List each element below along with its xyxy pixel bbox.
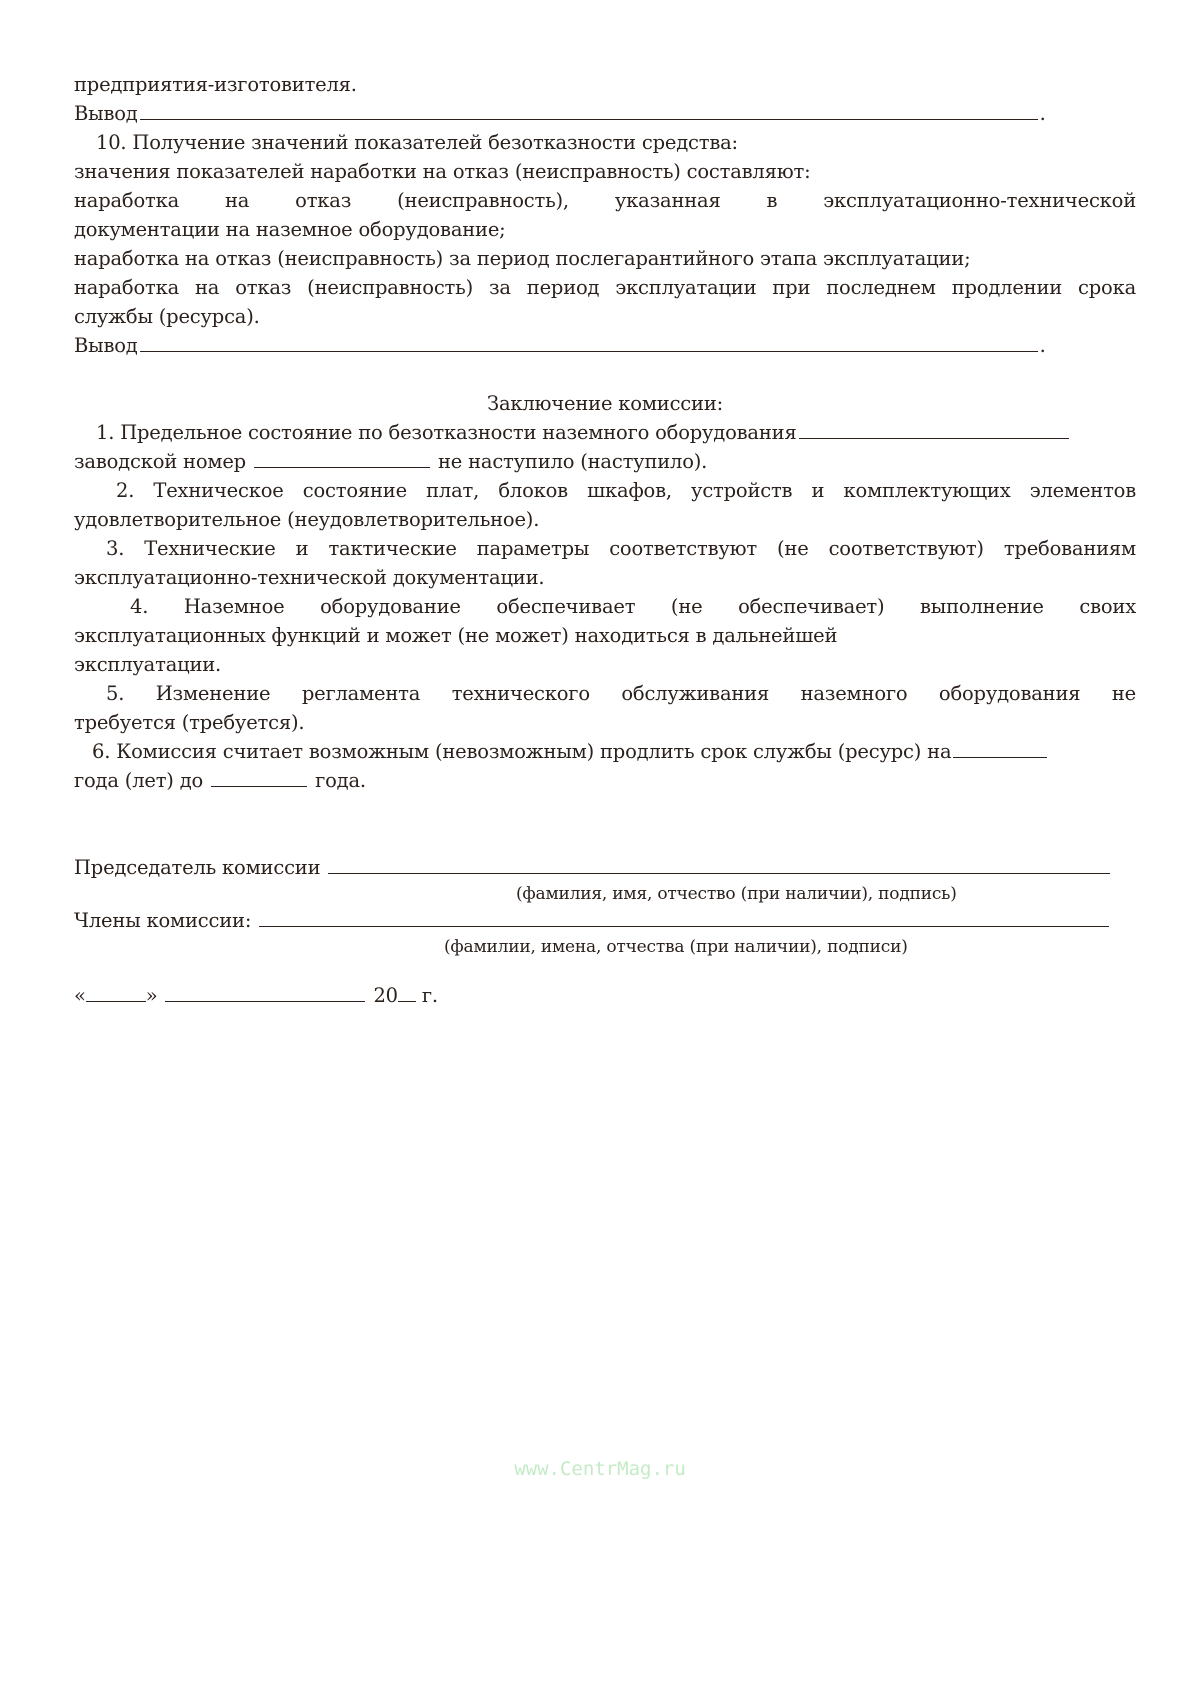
- commission-p3b: эксплуатационно-технической документации…: [74, 563, 1136, 592]
- document-page: предприятия-изготовителя. Вывод. 10. Пол…: [74, 70, 1136, 1010]
- chairman-note: (фамилия, имя, отчество (при наличии), п…: [74, 882, 1136, 906]
- chairman-signature-field[interactable]: [328, 854, 1110, 874]
- commission-p6a: 6. Комиссия считает возможным (невозможн…: [74, 737, 1136, 766]
- conclusion-label: Вывод: [74, 102, 138, 125]
- conclusion-line-2: Вывод.: [74, 331, 1136, 360]
- commission-p1b: заводской номер не наступило (наступило)…: [74, 447, 1136, 476]
- watermark: www.CentrMag.ru: [0, 1458, 1200, 1480]
- commission-p3a: 3. Технические и тактические параметры с…: [74, 534, 1136, 563]
- commission-p5b: требуется (требуется).: [74, 708, 1136, 737]
- commission-p2a: 2. Техническое состояние плат, блоков шк…: [74, 476, 1136, 505]
- members-note: (фамилии, имена, отчества (при наличии),…: [74, 935, 1136, 959]
- commission-p1a: 1. Предельное состояние по безотказности…: [74, 418, 1136, 447]
- date-day-blank[interactable]: [86, 982, 146, 1002]
- item10-line2b: документации на наземное оборудование;: [74, 215, 1136, 244]
- item10-line2a: наработка на отказ (неисправность), указ…: [74, 186, 1136, 215]
- item10-line4a: наработка на отказ (неисправность) за пе…: [74, 273, 1136, 302]
- members-line: Члены комиссии:: [74, 906, 1136, 935]
- chairman-label: Председатель комиссии: [74, 856, 320, 879]
- equipment-blank[interactable]: [799, 419, 1069, 439]
- conclusion-blank-2[interactable]: [140, 332, 1038, 352]
- serial-number-blank[interactable]: [254, 448, 430, 468]
- commission-p5a: 5. Изменение регламента технического обс…: [74, 679, 1136, 708]
- item10-line3: наработка на отказ (неисправность) за пе…: [74, 244, 1136, 273]
- members-signature-field[interactable]: [259, 907, 1109, 927]
- commission-p2b: удовлетворительное (неудовлетворительное…: [74, 505, 1136, 534]
- date-line: «» 20 г.: [74, 981, 1136, 1010]
- conclusion-blank-1[interactable]: [140, 100, 1038, 120]
- conclusion-line-1: Вывод.: [74, 99, 1136, 128]
- members-label: Члены комиссии:: [74, 909, 251, 932]
- extension-years-blank[interactable]: [953, 738, 1047, 758]
- intro-line: предприятия-изготовителя.: [74, 70, 1136, 99]
- date-year-blank[interactable]: [398, 982, 416, 1002]
- commission-p6b: года (лет) до года.: [74, 766, 1136, 795]
- commission-p4c: эксплуатации.: [74, 650, 1136, 679]
- item10-heading: 10. Получение значений показателей безот…: [74, 128, 1136, 157]
- item10-line4b: службы (ресурса).: [74, 302, 1136, 331]
- commission-p4b: эксплуатационных функций и может (не мож…: [74, 621, 1136, 650]
- item10-line1: значения показателей наработки на отказ …: [74, 157, 1136, 186]
- commission-p4a: 4. Наземное оборудование обеспечивает (н…: [74, 592, 1136, 621]
- chairman-line: Председатель комиссии: [74, 853, 1136, 882]
- commission-title: Заключение комиссии:: [74, 389, 1136, 418]
- until-year-blank[interactable]: [211, 767, 307, 787]
- date-month-blank[interactable]: [165, 982, 365, 1002]
- conclusion-label: Вывод: [74, 334, 138, 357]
